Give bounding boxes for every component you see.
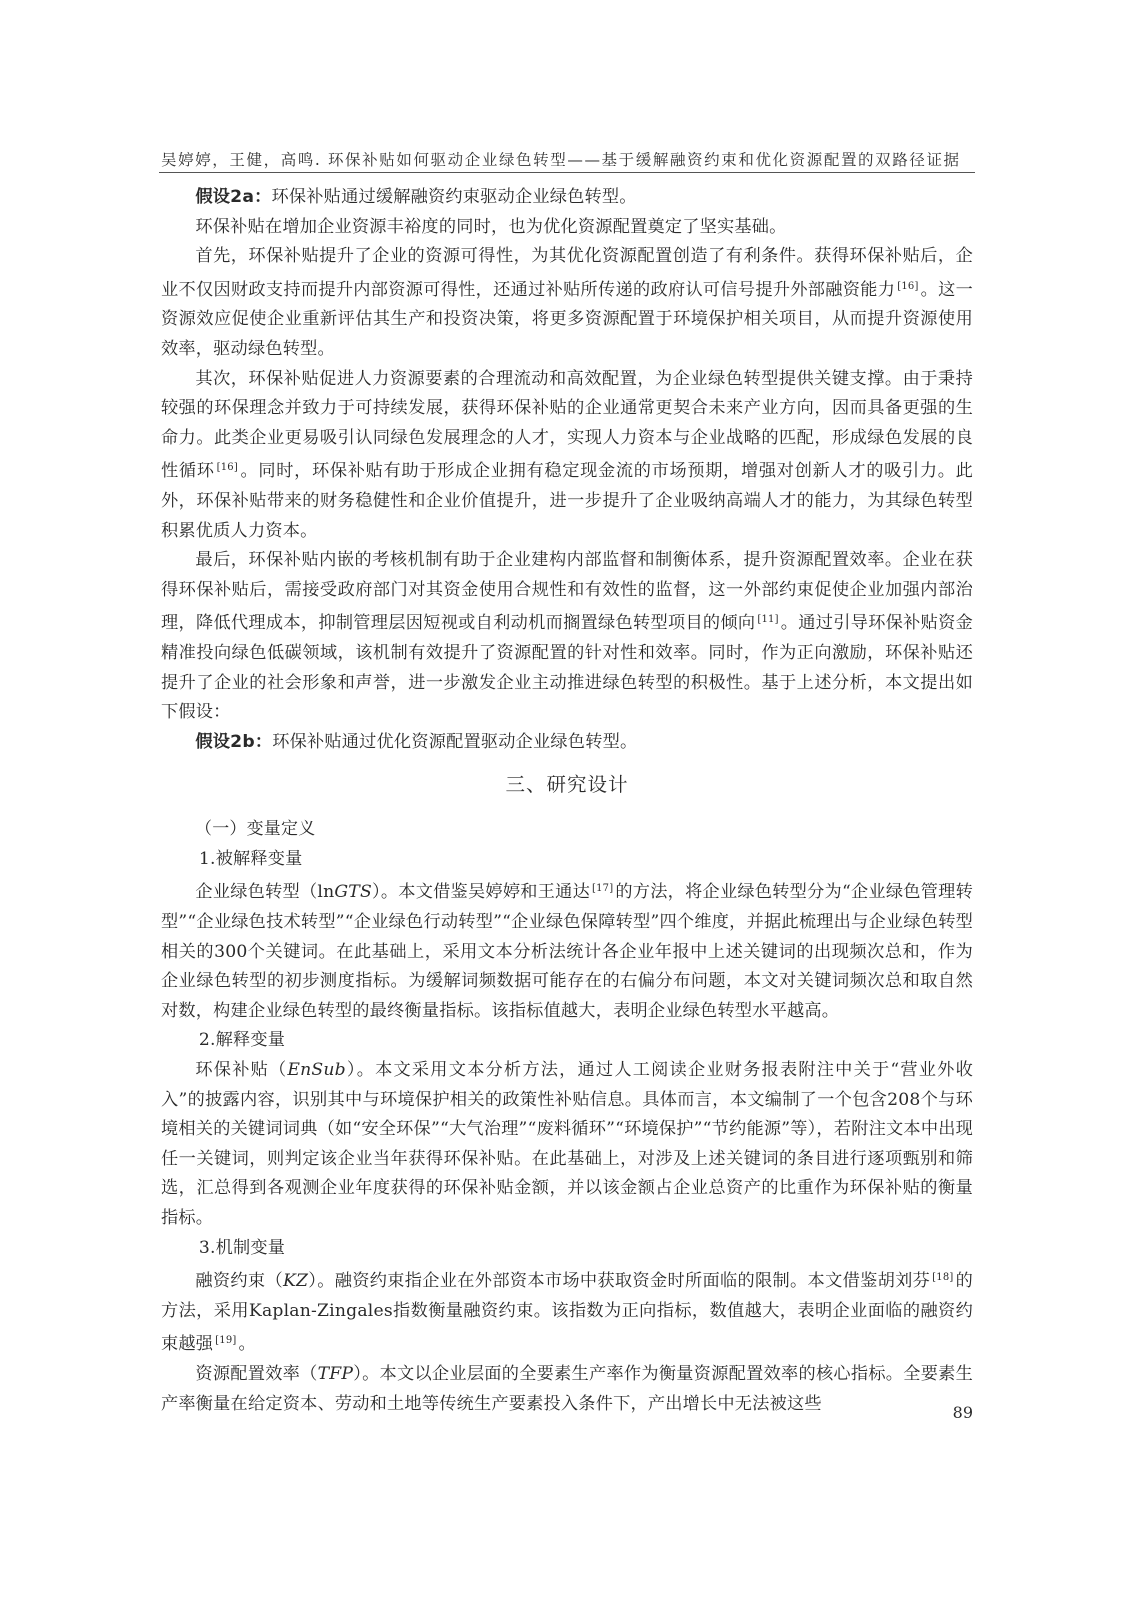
citation[interactable]: [16]: [897, 281, 918, 292]
variable: GTS: [334, 882, 372, 902]
subsection-title: （一）变量定义: [161, 815, 973, 845]
citation[interactable]: [17]: [592, 883, 613, 894]
citation[interactable]: [18]: [932, 1272, 953, 1283]
header-rule: [159, 172, 975, 173]
page-number: 89: [953, 1403, 973, 1422]
section-title: 三、研究设计: [161, 769, 973, 801]
paragraph: 资源配置效率（TFP）。本文以企业层面的全要素生产率作为衡量资源配置效率的核心指…: [161, 1360, 973, 1419]
paragraph: 企业绿色转型（lnGTS）。本文借鉴吴婷婷和王通达[17]的方法，将企业绿色转型…: [161, 874, 973, 1026]
paragraph: 环保补贴在增加企业资源丰裕度的同时，也为优化资源配置奠定了坚实基础。: [161, 213, 973, 243]
body-text: 假设2a：环保补贴通过缓解融资约束驱动企业绿色转型。 环保补贴在增加企业资源丰裕…: [161, 183, 973, 1419]
hypothesis-2a: 假设2a：环保补贴通过缓解融资约束驱动企业绿色转型。: [161, 183, 973, 213]
paragraph: 环保补贴（EnSub）。本文采用文本分析方法，通过人工阅读企业财务报表附注中关于…: [161, 1056, 973, 1234]
subsubsection-title: 2.解释变量: [161, 1026, 973, 1056]
variable: TFP: [318, 1364, 354, 1384]
paragraph: 融资约束（KZ）。融资约束指企业在外部资本市场中获取资金时所面临的限制。本文借鉴…: [161, 1263, 973, 1360]
subsubsection-title: 1.被解释变量: [161, 845, 973, 875]
running-head: 吴婷婷，王健，高鸣. 环保补贴如何驱动企业绿色转型——基于缓解融资约束和优化资源…: [161, 148, 973, 170]
paragraph: 其次，环保补贴促进人力资源要素的合理流动和高效配置，为企业绿色转型提供关键支撑。…: [161, 365, 973, 547]
hypothesis-label: 假设2a：: [195, 187, 271, 207]
subsubsection-title: 3.机制变量: [161, 1234, 973, 1264]
paragraph: 首先，环保补贴提升了企业的资源可得性，为其优化资源配置创造了有利条件。获得环保补…: [161, 242, 973, 364]
citation[interactable]: [16]: [217, 462, 238, 473]
citation[interactable]: [19]: [215, 1335, 236, 1346]
hypothesis-2b: 假设2b：环保补贴通过优化资源配置驱动企业绿色转型。: [161, 728, 973, 758]
variable: KZ: [283, 1271, 308, 1291]
citation[interactable]: [11]: [757, 614, 778, 625]
hypothesis-label: 假设2b：: [195, 732, 272, 752]
paragraph: 最后，环保补贴内嵌的考核机制有助于企业建构内部监督和制衡体系，提升资源配置效率。…: [161, 546, 973, 728]
variable: EnSub: [287, 1060, 345, 1080]
